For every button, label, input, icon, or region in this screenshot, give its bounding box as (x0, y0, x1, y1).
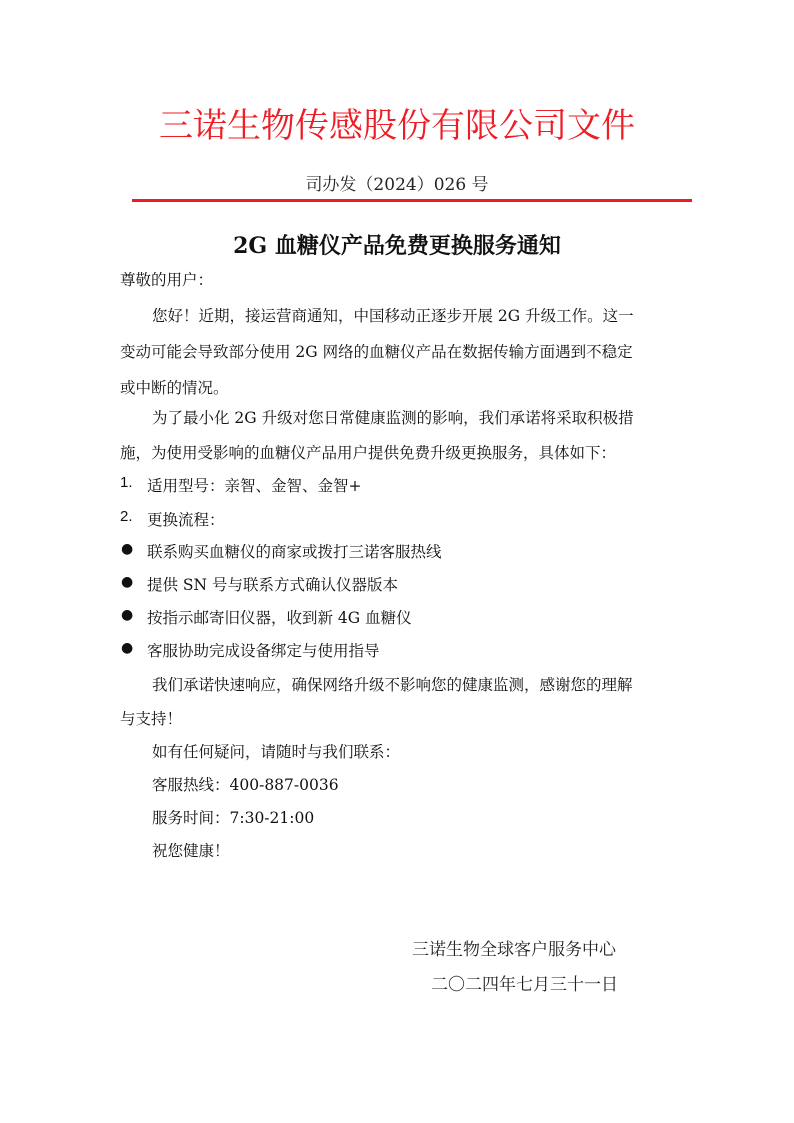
bullet-item: 联系购买血糖仪的商家或拨打三诺客服热线 (147, 540, 442, 562)
salutation: 尊敬的用户： (120, 268, 213, 290)
bullet-icon: ● (121, 574, 133, 590)
list-number-2: 2. (120, 508, 133, 525)
list-number-1: 1. (120, 474, 133, 491)
paragraph-1-line-3: 或中断的情况。 (120, 376, 229, 398)
paragraph-1-line-2: 变动可能会导致部分使用 2G 网络的血糖仪产品在数据传输方面遇到不稳定 (120, 340, 633, 362)
bullet-icon: ● (121, 607, 133, 623)
notice-title: 2G 血糖仪产品免费更换服务通知 (0, 229, 794, 260)
document-number: 司办发（2024）026 号 (0, 170, 794, 195)
bullet-icon: ● (121, 640, 133, 656)
bullet-icon: ● (121, 541, 133, 557)
hotline: 客服热线：400-887-0036 (152, 773, 339, 795)
paragraph-1-line-1: 您好！近期，接运营商通知，中国移动正逐步开展 2G 升级工作。这一 (152, 304, 634, 326)
applicable-models: 适用型号：亲智、金智、金智+ (147, 474, 362, 496)
bullet-item: 按指示邮寄旧仪器，收到新 4G 血糖仪 (147, 606, 412, 628)
service-hours: 服务时间：7:30-21:00 (152, 806, 314, 828)
replacement-process: 更换流程： (147, 508, 225, 530)
contact-intro: 如有任何疑问，请随时与我们联系： (152, 740, 400, 762)
signature-date: 二〇二四年七月三十一日 (431, 970, 618, 995)
red-divider (132, 199, 692, 202)
paragraph-2-line-1: 为了最小化 2G 升级对您日常健康监测的影响，我们承诺将采取积极措 (152, 406, 634, 428)
closing: 祝您健康！ (152, 839, 230, 861)
company-document-title: 三诺生物传感股份有限公司文件 (0, 98, 794, 147)
bullet-item: 客服协助完成设备绑定与使用指导 (147, 639, 380, 661)
signature-org: 三诺生物全球客户服务中心 (412, 935, 616, 960)
bullet-item: 提供 SN 号与联系方式确认仪器版本 (147, 573, 398, 595)
paragraph-3-line-2: 与支持！ (120, 707, 182, 729)
paragraph-2-line-2: 施，为使用受影响的血糖仪产品用户提供免费升级更换服务，具体如下： (120, 441, 616, 463)
paragraph-3-line-1: 我们承诺快速响应，确保网络升级不影响您的健康监测，感谢您的理解 (152, 673, 633, 695)
